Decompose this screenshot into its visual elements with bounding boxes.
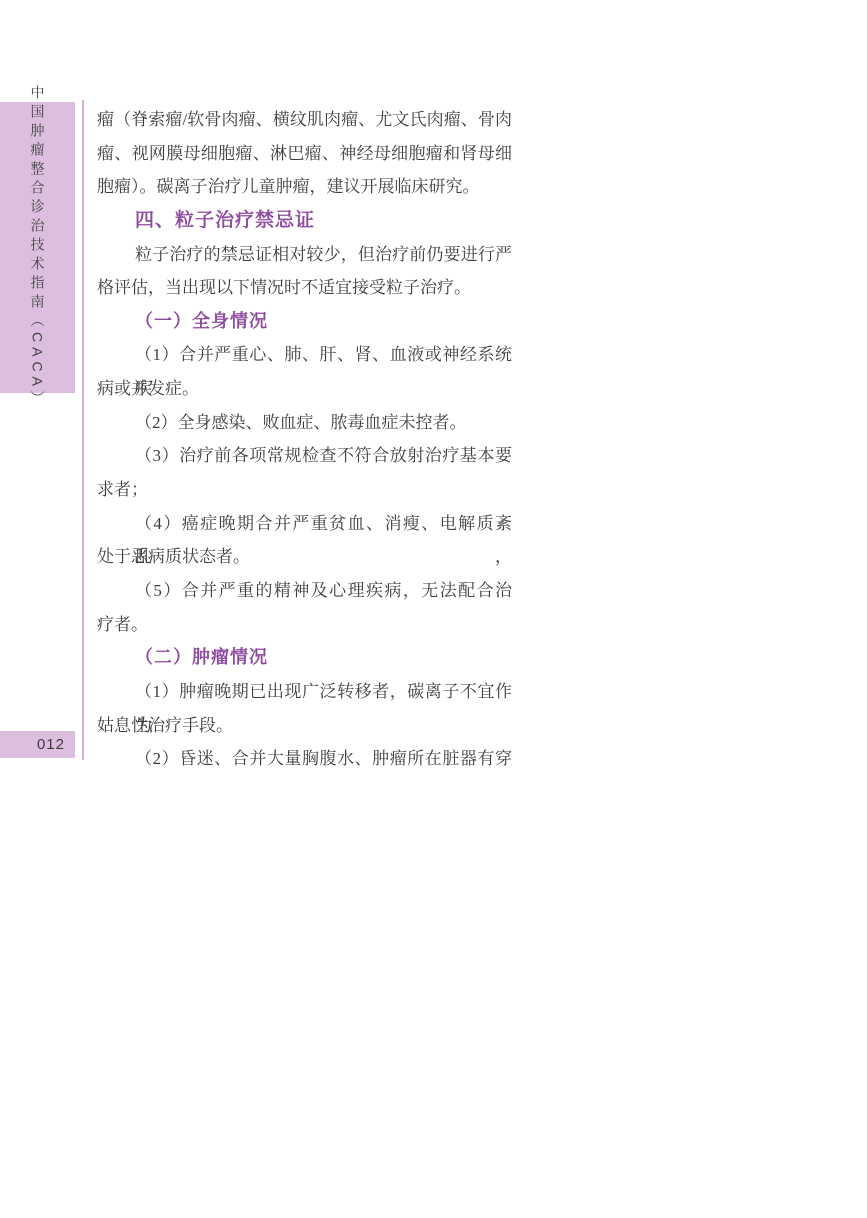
body-line: 病或并发症。 xyxy=(97,372,512,406)
sidebar-title-text: 中国肿瘤整合诊治技术指南（CACA） xyxy=(28,85,48,410)
section-heading: 四、粒子治疗禁忌证 xyxy=(97,204,512,238)
divider-line xyxy=(82,100,84,760)
body-line: （2）昏迷、合并大量胸腹水、肿瘤所在脏器有穿 xyxy=(97,742,512,776)
body-line: （1）合并严重心、肺、肝、肾、血液或神经系统疾 xyxy=(97,338,512,372)
sidebar-title-box: 中国肿瘤整合诊治技术指南（CACA） xyxy=(0,102,75,393)
body-line: 格评估，当出现以下情况时不适宜接受粒子治疗。 xyxy=(97,271,512,305)
body-line: （5）合并严重的精神及心理疾病，无法配合治 xyxy=(97,574,512,608)
book-page: 中国肿瘤整合诊治技术指南（CACA） 012 瘤（脊索瘤/软骨肉瘤、横纹肌肉瘤、… xyxy=(0,0,867,1218)
body-line: （4）癌症晚期合并严重贫血、消瘦、电解质紊乱， xyxy=(97,507,512,541)
body-line: （1）肿瘤晚期已出现广泛转移者，碳离子不宜作为 xyxy=(97,675,512,709)
body-line: （2）全身感染、败血症、脓毒血症未控者。 xyxy=(97,406,512,440)
body-line: 瘤（脊索瘤/软骨肉瘤、横纹肌肉瘤、尤文氏肉瘤、骨肉 xyxy=(97,103,512,137)
page-number-badge: 012 xyxy=(0,731,75,758)
subsection-heading-2: （二）肿瘤情况 xyxy=(97,641,512,675)
body-line: 粒子治疗的禁忌证相对较少，但治疗前仍要进行严 xyxy=(97,238,512,272)
body-line: 疗者。 xyxy=(97,608,512,642)
subsection-heading-1: （一）全身情况 xyxy=(97,305,512,339)
body-line: 求者； xyxy=(97,473,512,507)
body-line: 姑息性治疗手段。 xyxy=(97,709,512,743)
body-line: 瘤、视网膜母细胞瘤、淋巴瘤、神经母细胞瘤和肾母细 xyxy=(97,137,512,171)
body-line: （3）治疗前各项常规检查不符合放射治疗基本要 xyxy=(97,439,512,473)
body-line: 胞瘤）。碳离子治疗儿童肿瘤，建议开展临床研究。 xyxy=(97,170,512,204)
content-column: 瘤（脊索瘤/软骨肉瘤、横纹肌肉瘤、尤文氏肉瘤、骨肉 瘤、视网膜母细胞瘤、淋巴瘤、… xyxy=(97,103,512,776)
